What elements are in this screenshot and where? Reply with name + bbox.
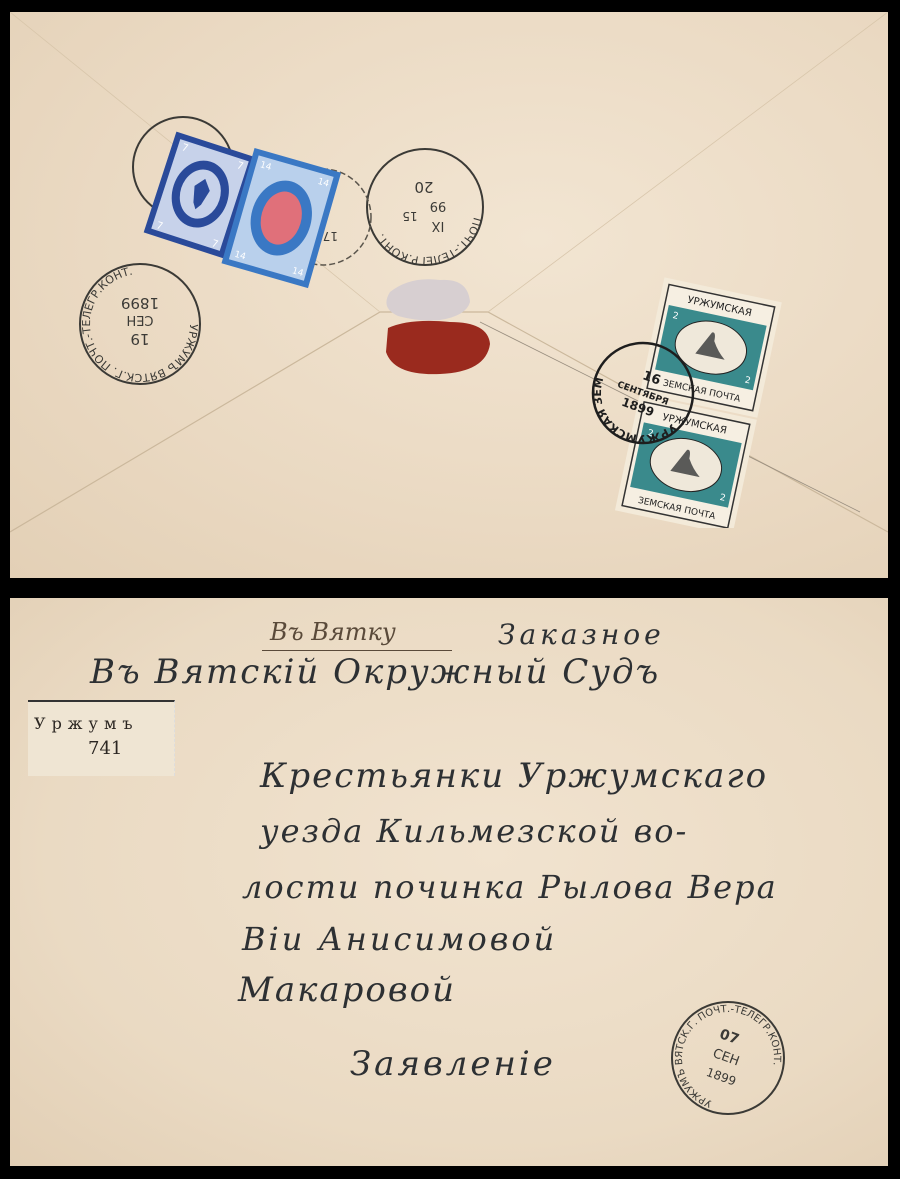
- svg-text:1899: 1899: [704, 1065, 737, 1089]
- svg-text:20: 20: [414, 178, 433, 196]
- address-line-4: уезда Кильмезской во-: [260, 812, 688, 850]
- postmark-telegraph-20-ix: ПОЧТ.-ТЕЛЕГР.КОНТ. IX 99 15 20: [360, 142, 490, 272]
- address-line-7: Макаровой: [238, 970, 456, 1010]
- svg-text:СЕН: СЕН: [126, 312, 153, 327]
- svg-text:1899: 1899: [121, 294, 159, 312]
- svg-text:СЕН: СЕН: [711, 1046, 742, 1069]
- registration-label: Уржумъ 741: [28, 700, 175, 776]
- envelope-back: УРЖУМЪ ВЯТСК.Г. ПОЧТ.-ТЕЛЕГР.КОНТ. 19 СЕ…: [10, 12, 888, 578]
- address-line-court: Въ Вятскiй Окружный Судъ: [90, 652, 660, 692]
- svg-text:07: 07: [717, 1026, 741, 1048]
- address-line-5: лости починка Рылова Вера: [242, 868, 778, 906]
- svg-text:ПОЧТ.-ТЕЛЕГР.КОНТ.: ПОЧТ.-ТЕЛЕГР.КОНТ.: [374, 216, 484, 267]
- svg-text:16: 16: [640, 368, 662, 388]
- address-line-6: Вiи Анисимовой: [242, 920, 557, 958]
- registration-city: Уржумъ: [34, 714, 139, 733]
- address-line-via: Въ Вятку: [270, 618, 396, 646]
- address-line-3: Крестьянки Уржумскаго: [260, 756, 768, 796]
- svg-text:IX: IX: [432, 218, 445, 233]
- svg-text:19: 19: [130, 330, 149, 348]
- postmark-urzhum-19: УРЖУМЪ ВЯТСК.Г. ПОЧТ.-ТЕЛЕГР.КОНТ. 19 СЕ…: [74, 258, 206, 390]
- postmark-urzhum-07: УРЖУМЪ ВЯТСК.Г. ПОЧТ.-ТЕЛЕГР.КОНТ. 07 СЕ…: [666, 996, 790, 1120]
- envelope-front: Уржумъ 741 Въ Вятку Заказное Въ Вятскiй …: [10, 598, 888, 1166]
- wax-seal: [370, 272, 500, 382]
- address-line-registered: Заказное: [498, 618, 665, 651]
- postmark-zemstvo-16: УРЖУМСКАЯ ЗЕМСКАЯ ПОЧТА 16 СЕНТЯБРЯ 1899: [588, 338, 698, 448]
- svg-text:99: 99: [430, 198, 447, 213]
- registration-number: 741: [88, 738, 122, 759]
- stamp-14-kopeks: 14 14 14 14: [216, 144, 346, 294]
- svg-text:15: 15: [402, 209, 417, 223]
- address-line-8: Заявленiе: [350, 1044, 556, 1084]
- underline: [262, 650, 452, 651]
